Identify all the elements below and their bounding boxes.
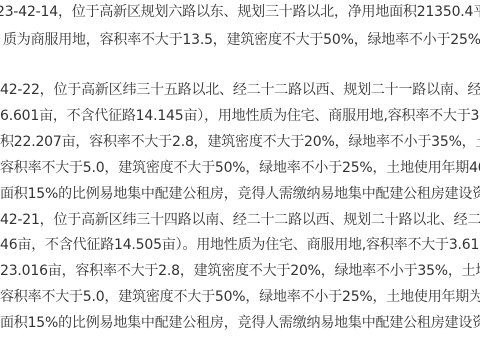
text-line-7: 面积15%的比例易地集中配建公租房，竞得人需缴纳易地集中配建公租房建设资 bbox=[0, 185, 480, 203]
text-line-11: 容积率不大于5.0，建筑密度不大于50%，绿地率不小于25%，土地使用年期为 bbox=[0, 288, 480, 306]
text-line-4: 6.601亩，不含代征路14.145亩），用地性质为住宅、商服用地,容积率不大于… bbox=[0, 107, 479, 125]
text-line-12: 面积15%的比例易地集中配建公租房，竞得人需缴纳易地集中配建公租房建设资 bbox=[0, 314, 480, 332]
text-line-1: 23-42-14，位于高新区规划六路以东、规划三十路以北，净用地面积21350.… bbox=[0, 3, 480, 21]
text-line-6: 容积率不大于5.0，建筑密度不大于50%，绿地率不小于25%，土地使用年期40 bbox=[0, 159, 480, 177]
text-line-8: 42-21，位于高新区纬三十四路以南、经二十二路以西、规划二十路以北、经二 bbox=[0, 211, 480, 229]
text-line-2: 质为商服用地，容积率不大于13.5，建筑密度不大于50%，绿地率不小于25%，土 bbox=[3, 31, 480, 49]
text-line-9: 46亩，不含代征路14.505亩）。用地性质为住宅、商服用地,容积率不大于3.6… bbox=[0, 236, 479, 254]
text-line-3: 42-22，位于高新区纬三十五路以北、经二十二路以西、规划二十一路以南、经 bbox=[0, 81, 480, 99]
text-line-10: 23.016亩，容积率不大于2.8，建筑密度不大于20%，绿地率不小于35%，土… bbox=[0, 262, 480, 280]
text-line-5: 积22.207亩，容积率不大于2.8，建筑密度不大于20%，绿地率不小于35%，… bbox=[0, 133, 480, 151]
document-page: 23-42-14，位于高新区规划六路以东、规划三十路以北，净用地面积21350.… bbox=[0, 0, 480, 360]
